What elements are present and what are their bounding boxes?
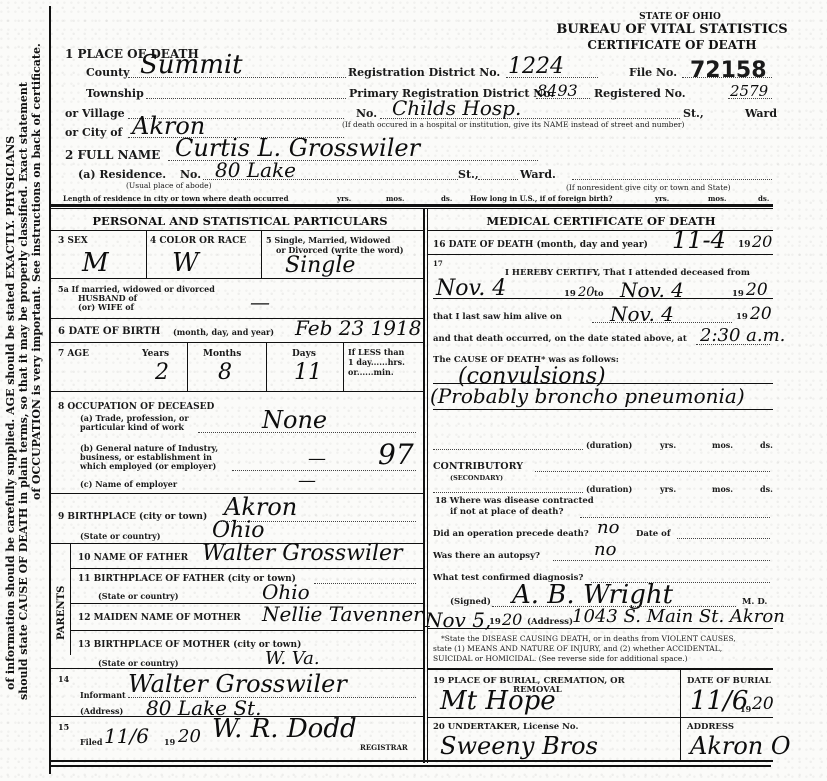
length-ds: ds. <box>441 194 452 203</box>
birthplace-label: 9 BIRTHPLACE (city or town) <box>58 512 207 522</box>
months-label: Months <box>203 349 241 359</box>
dod-value: 11-4 <box>672 226 726 254</box>
mother-state-label: (State or country) <box>98 658 179 668</box>
sex-race-divider <box>146 231 147 278</box>
left-border <box>49 6 51 774</box>
dod-year-prefix: 19 <box>738 240 751 250</box>
length-mos: mos. <box>386 194 404 203</box>
bureau-title: BUREAU OF VITAL STATISTICS <box>552 22 792 37</box>
burial-place-value: Mt Hope <box>440 686 556 716</box>
less-label-2: 1 day......hrs. <box>348 357 405 367</box>
nonresident-note: (If nonresident give city or town and St… <box>566 183 731 192</box>
foreign-yrs: yrs. <box>655 194 669 203</box>
footnote-line-3: SUICIDAL or HOMICIDAL. (See reverse side… <box>433 654 688 663</box>
township-label: Township <box>86 87 144 100</box>
physician-address: 1043 S. Main St. Akron <box>572 606 785 627</box>
occupation-label: 8 OCCUPATION OF DECEASED <box>58 402 214 412</box>
reg-district-label: Registration District No. <box>348 66 500 79</box>
burial-rule <box>428 668 773 670</box>
duration-ds-1: ds. <box>760 440 773 450</box>
less-label-3: or......min. <box>348 367 394 377</box>
village-label: or Village <box>65 107 125 120</box>
filed-date: 11/6 <box>104 724 149 748</box>
less-label-1: If LESS than <box>348 347 404 357</box>
st-label: St., <box>683 107 704 120</box>
nonresident-line <box>572 179 772 180</box>
days-label: Days <box>292 349 316 359</box>
state-label: STATE OF OHIO <box>620 12 740 22</box>
footnote-line-1: *State the DISEASE CAUSING DEATH, or in … <box>441 634 736 643</box>
county-value: Summit <box>140 50 243 80</box>
city-label: or City of <box>65 126 122 139</box>
duration-ds-2: ds. <box>760 484 773 494</box>
operation-value: no <box>597 517 619 538</box>
autopsy-label: Was there an autopsy? <box>433 551 540 561</box>
personal-section-title: PERSONAL AND STATISTICAL PARTICULARS <box>60 214 420 228</box>
race-value: W <box>172 248 199 278</box>
bottom-border <box>51 765 771 767</box>
duration-mos-1: mos. <box>712 440 733 450</box>
burial-year: 20 <box>752 694 774 714</box>
mother-label: 12 MAIDEN NAME OF MOTHER <box>78 613 241 623</box>
dob-value: Feb 23 1918 <box>295 316 421 340</box>
dob-hint: (month, day, and year) <box>173 327 274 337</box>
residence-value: 80 Lake <box>215 158 296 182</box>
autopsy-value: no <box>594 539 616 560</box>
father-state-label: (State or country) <box>98 591 179 601</box>
age-rule <box>51 342 423 343</box>
informant-label: Informant <box>80 690 126 700</box>
full-name-label: 2 FULL NAME <box>65 148 160 162</box>
signed-label: (Signed) <box>450 597 491 607</box>
parents-side-divider <box>70 543 71 655</box>
filed-year-prefix: 19 <box>164 737 175 747</box>
margin-instruction-line1: of information should be carefully suppl… <box>4 136 17 690</box>
spouse-label-3: (or) WIFE of <box>78 302 134 312</box>
registered-no-label: Registered No. <box>594 87 686 100</box>
mother-birth-rule <box>71 630 423 631</box>
foreign-ds: ds. <box>758 194 769 203</box>
duration-yrs-1: yrs. <box>660 440 676 450</box>
registered-no-value: 2579 <box>730 82 768 100</box>
from-year: 20 <box>578 285 595 300</box>
days-value: 11 <box>294 360 322 385</box>
occ-c-value: — <box>298 470 316 491</box>
undertaker-label: 20 UNDERTAKER, License No. <box>433 722 578 732</box>
dod-rule <box>428 254 773 255</box>
contributory-label: CONTRIBUTORY <box>433 461 523 472</box>
informant-num: 14 <box>58 674 69 684</box>
operation-label: Did an operation precede death? <box>433 529 589 539</box>
township-line <box>146 98 346 99</box>
informant-rule <box>51 668 423 669</box>
months-days-divider <box>266 343 267 391</box>
occupation-rule <box>51 391 423 392</box>
time-value: 2:30 a.m. <box>700 325 785 346</box>
sex-label: 3 SEX <box>58 236 88 246</box>
filing-num: 15 <box>58 722 69 732</box>
father-value: Walter Grosswiler <box>202 541 403 566</box>
informant-address-label: (Address) <box>80 706 123 716</box>
center-divider <box>423 208 425 763</box>
years-value: 2 <box>155 360 169 385</box>
registrar-label: REGISTRAR <box>360 743 408 752</box>
last-saw-label: that I last saw him alive on <box>433 312 562 322</box>
sign-year-prefix: 19 <box>489 617 501 627</box>
duration-label-1: (duration) <box>586 440 632 450</box>
father-state: Ohio <box>262 580 310 604</box>
residence-ward-label: Ward. <box>520 168 556 181</box>
occ-mark: 97 <box>378 438 414 471</box>
last-saw-value: Nov. 4 <box>610 302 674 326</box>
death-certificate: of information should be carefully suppl… <box>0 0 827 781</box>
contracted-label-2: if not at place of death? <box>450 507 563 517</box>
marital-label-1: 5 Single, Married, Widowed <box>266 235 390 245</box>
undertaker-rule <box>428 717 773 718</box>
duration-label-2: (duration) <box>586 484 632 494</box>
to-label: to <box>594 289 604 299</box>
reg-district-value: 1224 <box>508 54 564 79</box>
marital-value: Single <box>285 253 355 278</box>
residence-no-label: No. <box>180 168 201 181</box>
occ-c-label: (c) Name of employer <box>80 479 177 489</box>
race-label: 4 COLOR OR RACE <box>150 236 246 246</box>
physician-rule <box>428 628 773 629</box>
undertaker-address: Akron O <box>690 732 791 760</box>
contracted-label-1: 18 Where was disease contracted <box>435 496 594 506</box>
from-year-prefix: 19 <box>564 289 576 299</box>
dob-label: 6 DATE OF BIRTH <box>58 326 160 337</box>
filed-year: 20 <box>178 726 201 747</box>
personal-title-rule <box>51 230 423 231</box>
county-label: County <box>86 66 130 79</box>
autopsy-line <box>553 560 770 561</box>
days-less-divider <box>343 343 344 391</box>
to-year: 20 <box>746 280 768 300</box>
spouse-rule <box>51 278 423 279</box>
years-months-divider <box>187 343 188 391</box>
occ-a-label-2: particular kind of work <box>80 422 184 432</box>
father-birthplace-line <box>314 583 416 584</box>
num17-label: 17 <box>433 259 443 268</box>
birthplace-state: Ohio <box>212 518 265 543</box>
footnote-line-2: state (1) MEANS AND NATURE OF INJURY, an… <box>433 644 722 653</box>
sign-year: 20 <box>502 610 522 629</box>
father-rule <box>71 568 423 569</box>
cause-rule-2 <box>433 409 773 410</box>
secondary-label: (SECONDARY) <box>450 474 503 482</box>
table-bottom-rule <box>51 760 773 762</box>
ward-label: Ward <box>745 107 777 120</box>
race-marital-divider <box>261 231 262 278</box>
registrar-value: W. R. Dodd <box>212 714 357 744</box>
burial-year-prefix: 19 <box>740 704 751 714</box>
table-top-rule-2 <box>51 208 773 209</box>
attended-to: Nov. 4 <box>620 278 684 302</box>
birthplace-state-label: (State or country) <box>80 531 161 541</box>
primary-reg-value: 8493 <box>537 81 578 100</box>
hospital-note: (If death occured in a hospital or insti… <box>342 120 684 129</box>
occ-a-value: None <box>262 406 327 434</box>
last-saw-year: 20 <box>750 304 772 324</box>
sex-value: M <box>82 248 109 278</box>
duration-yrs-2: yrs. <box>660 484 676 494</box>
occ-b-value: — <box>308 448 326 469</box>
last-saw-year-prefix: 19 <box>736 312 748 322</box>
file-no-value: 72158 <box>690 58 767 83</box>
full-name-value: Curtis L. Grosswiler <box>175 134 420 162</box>
residence-label: (a) Residence. <box>78 168 166 181</box>
foreign-mos: mos. <box>708 194 726 203</box>
dod-year: 20 <box>752 232 772 251</box>
foreign-label: How long in U.S., if of foreign birth? <box>470 194 613 203</box>
center-divider-2 <box>427 208 428 763</box>
certificate-title: CERTIFICATE OF DEATH <box>582 38 762 52</box>
hospital-value: Childs Hosp. <box>392 96 521 120</box>
undertaker-address-label: ADDRESS <box>687 722 734 732</box>
informant-value: Walter Grosswiler <box>128 670 347 698</box>
filed-label: Filed <box>80 737 102 747</box>
margin-instruction-line3: of OCCUPATION is very important. See ins… <box>30 43 43 500</box>
certify-text: I HEREBY CERTIFY, That I attended deceas… <box>505 268 750 278</box>
birthplace-city: Akron <box>224 493 297 521</box>
duration-mos-2: mos. <box>712 484 733 494</box>
father-label: 10 NAME OF FATHER <box>78 553 188 563</box>
residence-ward-line <box>478 179 518 180</box>
table-top-rule <box>51 204 773 207</box>
length-yrs: yrs. <box>337 194 351 203</box>
time-label: and that death occurred, on the date sta… <box>433 334 687 344</box>
duration-line-1 <box>433 449 583 450</box>
physician-address-label: (Address) <box>527 617 573 627</box>
months-value: 8 <box>218 360 232 385</box>
margin-instruction-line2: should state CAUSE OF DEATH in plain ter… <box>17 82 30 700</box>
years-label: Years <box>142 349 169 359</box>
street-no-label: No. <box>356 107 377 120</box>
undertaker-value: Sweeny Bros <box>440 732 598 760</box>
burial-date-label: DATE OF BURIAL <box>687 676 771 686</box>
residence-st-label: St., <box>458 168 479 181</box>
mother-value: Nellie Tavenner <box>262 602 423 626</box>
operation-date-line <box>677 538 770 539</box>
cause-2: (Probably broncho pneumonia) <box>430 384 745 408</box>
contributory-line <box>535 471 770 472</box>
mother-state: W. Va. <box>265 648 320 669</box>
age-label: 7 AGE <box>58 349 89 359</box>
spouse-value: — <box>250 290 270 314</box>
duration-line-2 <box>433 492 583 493</box>
parents-side-label: PARENTS <box>55 586 68 640</box>
occ-b-label-3: which employed (or employer) <box>80 461 216 471</box>
length-residence-label: Length of residence in city or town wher… <box>63 194 288 203</box>
burial-divider <box>680 670 681 762</box>
usual-place-note: (Usual place of abode) <box>126 181 212 190</box>
dod-label: 16 DATE OF DEATH (month, day and year) <box>433 240 648 250</box>
operation-date-label: Date of <box>636 529 671 539</box>
to-year-prefix: 19 <box>732 289 744 299</box>
file-no-label: File No. <box>629 66 677 79</box>
